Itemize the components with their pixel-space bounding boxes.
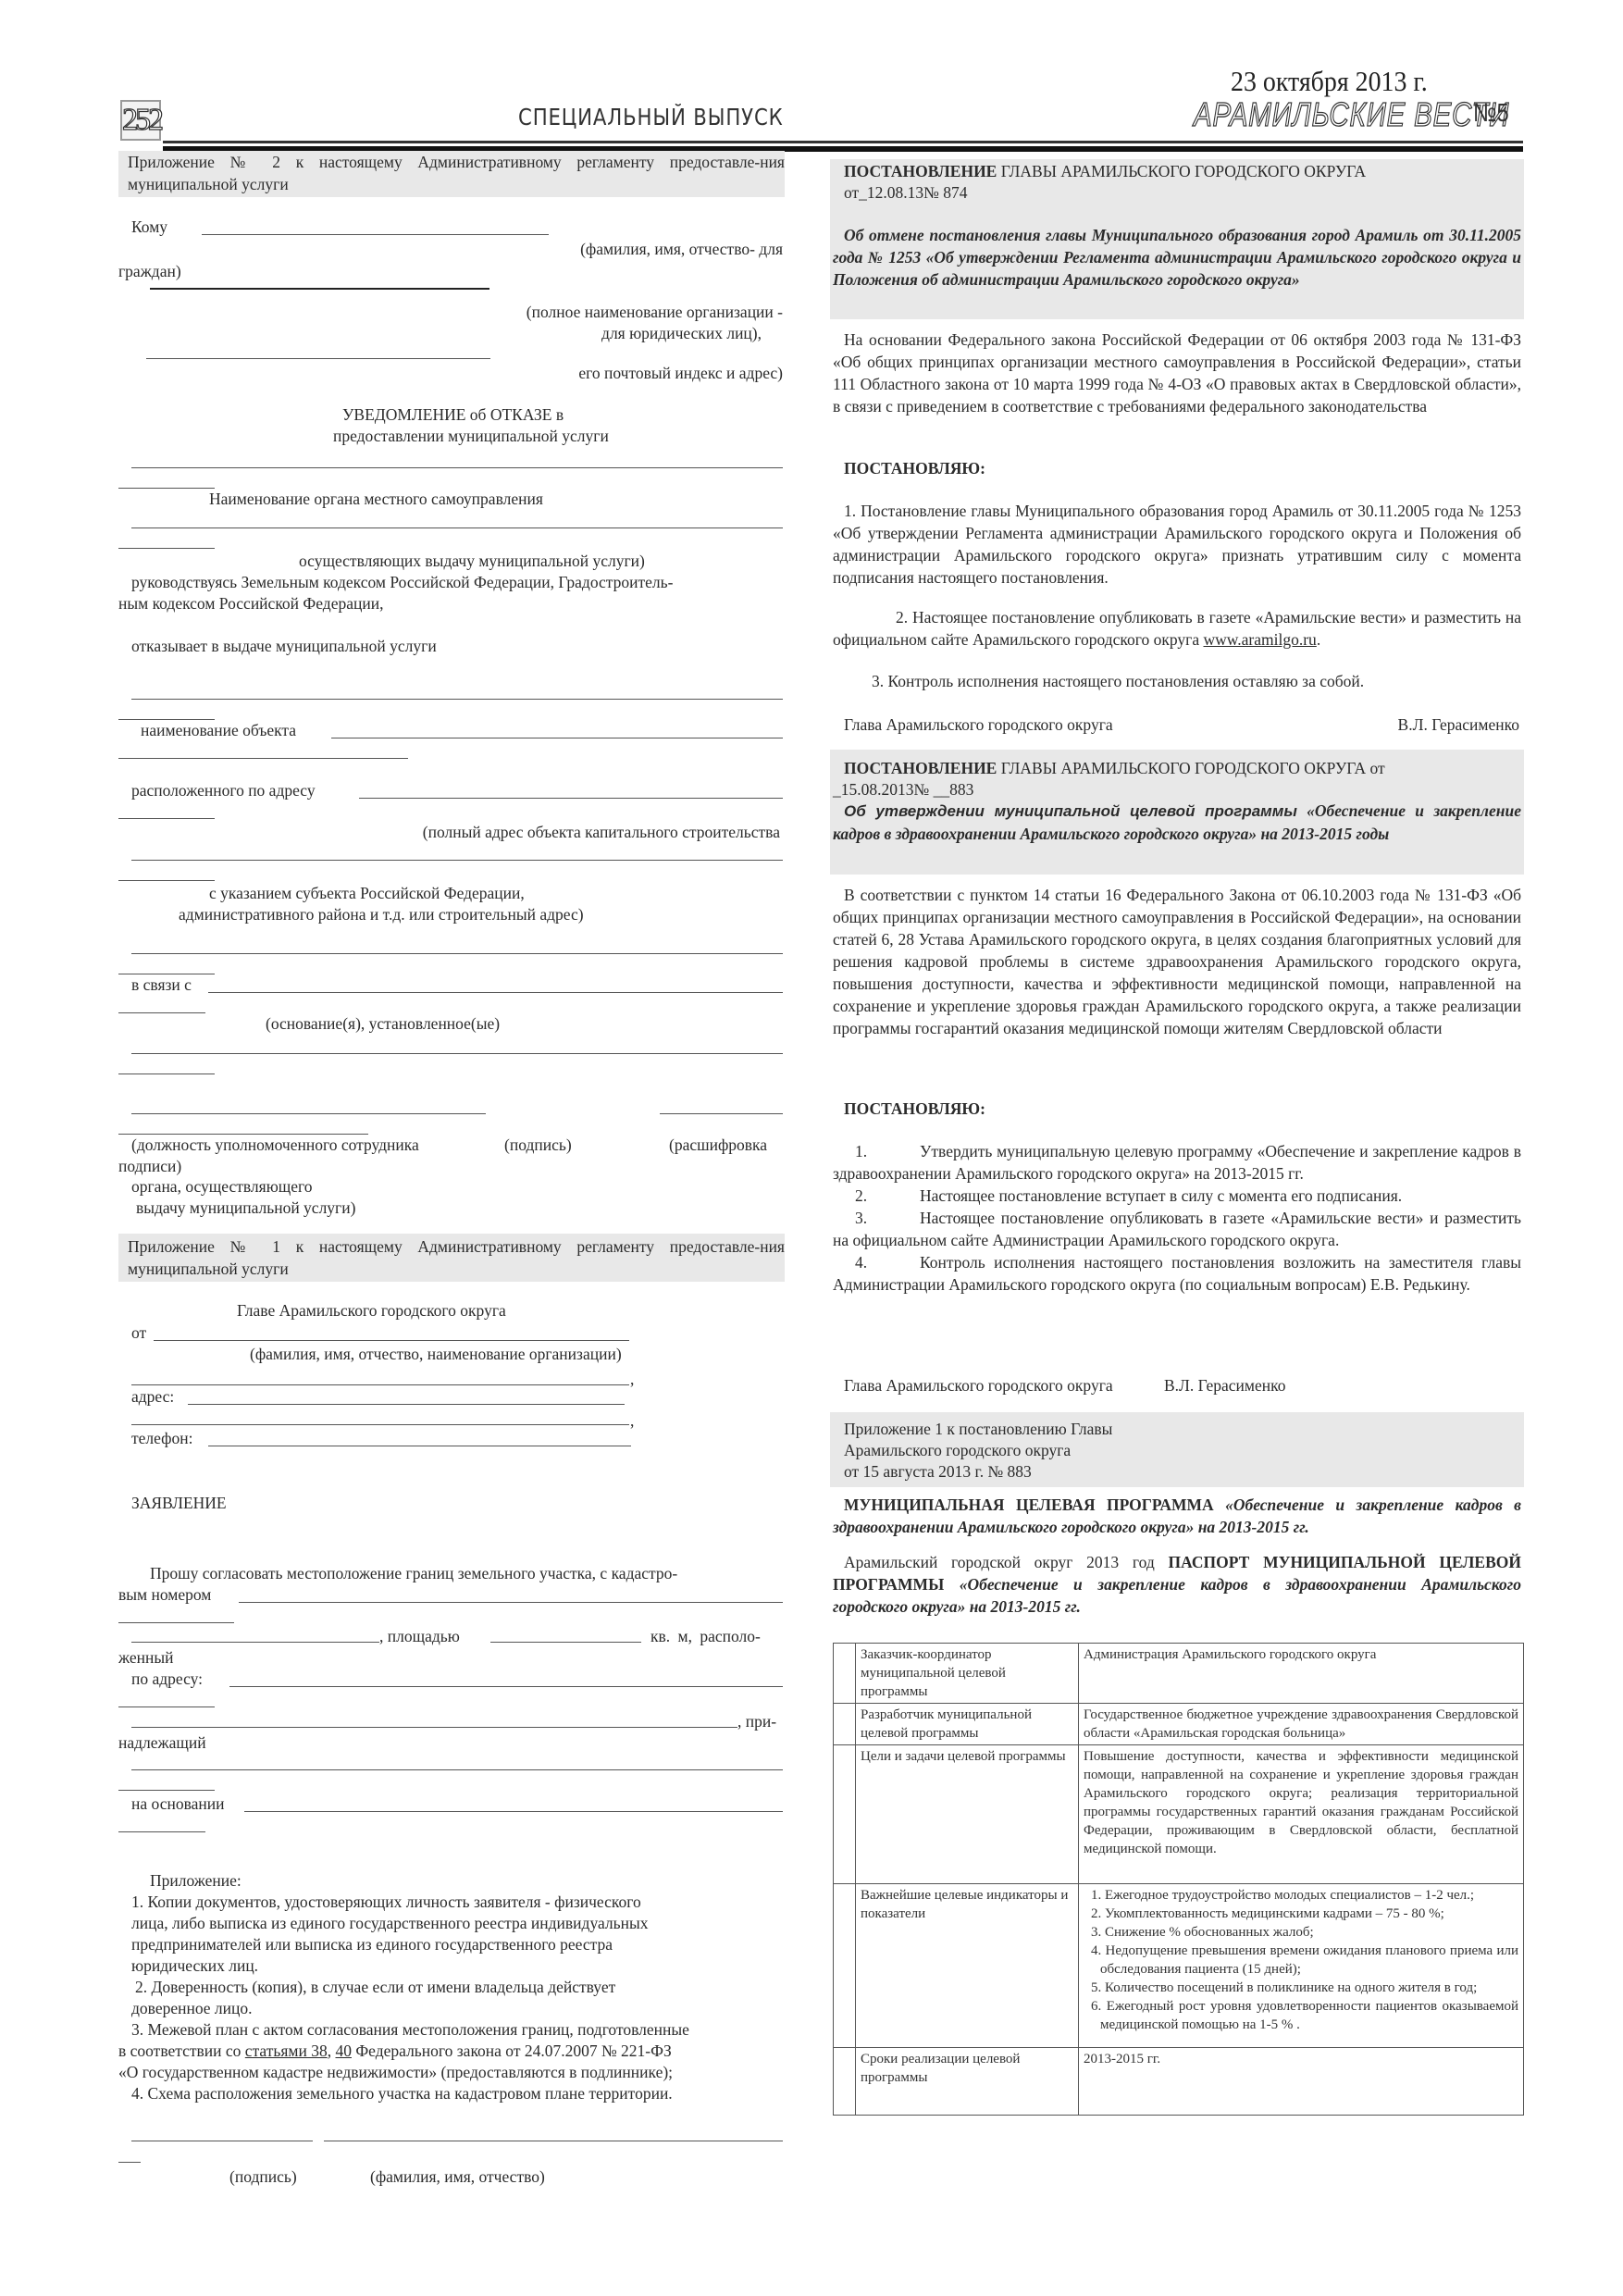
item-text: Настоящее постановление вступает в силу … (920, 1186, 1402, 1205)
table-row: Разработчик муниципальной целевой програ… (834, 1704, 1524, 1745)
appendix-883-line-2: Арамильского городского округа (844, 1439, 1071, 1461)
grounds-field-cont (118, 1074, 215, 1074)
indicator-item: 1. Ежегодное трудоустройство молодых спе… (1084, 1886, 1518, 1905)
newspaper-masthead: АРАМИЛЬСКИЕ ВЕСТИ (1194, 95, 1509, 134)
cadastral-number-field-2[interactable] (131, 1642, 379, 1643)
issue-date: 23 октября 2013 г. (1231, 65, 1428, 98)
row-label: Цели и задачи целевой программы (856, 1745, 1079, 1884)
attachment-2b: доверенное лицо. (131, 1997, 253, 2019)
indicator-item: 5. Количество посещений в поликлинике на… (1084, 1979, 1518, 1997)
decode-field[interactable] (660, 1113, 783, 1114)
address-hint: его почтовый индекс и адрес) (118, 362, 783, 384)
decree-874-title-rest: ГЛАВЫ АРАМИЛЬСКОГО ГОРОДСКОГО ОКРУГА (997, 162, 1366, 180)
extra-field[interactable] (131, 953, 783, 954)
basis-field-cont (118, 1831, 205, 1832)
located-field-cont (118, 818, 215, 819)
komu-field[interactable] (202, 234, 549, 235)
grounds-hint: (основание(я), установленное(ые) (266, 1012, 500, 1035)
row-marker (834, 1884, 856, 2048)
decree-874-title: ПОСТАНОВЛЕНИЕ ГЛАВЫ АРАМИЛЬСКОГО ГОРОДСК… (844, 160, 1366, 182)
page-number: 252 (120, 100, 161, 141)
request-line-2: вым номером (118, 1583, 211, 1606)
row-value: Администрация Арамильского городского ок… (1079, 1644, 1524, 1704)
row-value: Государственное бюджетное учреждение здр… (1079, 1704, 1524, 1745)
passport-title: Арамильский городской округ 2013 год ПАС… (833, 1551, 1521, 1618)
fullname-label: (фамилия, имя, отчество) (370, 2166, 545, 2188)
passport-table: Заказчик-координатор муниципальной целев… (833, 1643, 1524, 2116)
indicator-item: 2. Укомплектованность медицинскими кадра… (1084, 1905, 1518, 1923)
position-field[interactable] (131, 1113, 486, 1114)
decree-874-resolve: ПОСТАНОВЛЯЮ: (844, 457, 985, 479)
row-value: 2013-2015 гг. (1079, 2048, 1524, 2116)
organ-field-cont (118, 488, 215, 489)
notice-title: УВЕДОМЛЕНИЕ об ОТКАЗЕ в (342, 403, 564, 426)
decree-883-item: 3.Настоящее постановление опубликовать в… (833, 1207, 1521, 1251)
decree-883-item: 4.Контроль исполнения настоящего постано… (833, 1251, 1521, 1296)
decree-874-item-2: 2. Настоящее постановление опубликовать … (833, 606, 1521, 651)
area-unit: кв. м, располо- (650, 1625, 761, 1647)
decree-874-subject: Об отмене постановления главы Муниципаль… (833, 224, 1521, 291)
decree-883-sign-title: Глава Арамильского городского округа (844, 1374, 1113, 1396)
area-label: , площадью (379, 1625, 460, 1647)
sig-organ-hint-2: выдачу муниципальной услуги) (136, 1197, 355, 1219)
located-word: женный (118, 1646, 173, 1669)
decree-883-subject-lead: Об утверждении муниципальной целевой про… (844, 802, 1297, 820)
decree-883-sign-name: В.Л. Герасименко (1164, 1374, 1285, 1396)
basis-field[interactable] (244, 1811, 783, 1812)
row-label: Сроки реализации целевой программы (856, 2048, 1079, 2116)
statement-title: ЗАЯВЛЕНИЕ (131, 1492, 227, 1514)
row-label: Разработчик муниципальной целевой програ… (856, 1704, 1079, 1745)
due-to-label: в связи с (131, 974, 192, 996)
passport-intro: Арамильский городской округ 2013 год (844, 1553, 1169, 1571)
item-text: Контроль исполнения настоящего постановл… (833, 1253, 1521, 1294)
signature-field[interactable] (131, 2141, 313, 2141)
appendix1-banner: Приложение № 1 к настоящему Администрати… (118, 1234, 785, 1282)
appendix-883-line-1: Приложение 1 к постановлению Главы (844, 1418, 1112, 1440)
by-address-field[interactable] (229, 1686, 783, 1687)
header-rule (163, 141, 1523, 143)
attachments-title: Приложение: (150, 1869, 242, 1892)
area-field[interactable] (490, 1642, 641, 1643)
indicator-item: 6. Ежегодный рост уровня удовлетвореннос… (1084, 1997, 1518, 2034)
row-marker (834, 1704, 856, 1745)
decree-874-title-bold: ПОСТАНОВЛЕНИЕ (844, 162, 997, 180)
row-label: Важнейшие целевые индикаторы и показател… (856, 1884, 1079, 2048)
organ-field-2[interactable] (131, 527, 783, 528)
subject-hint: с указанием субъекта Российской Федераци… (209, 882, 525, 904)
cadastral-number-field[interactable] (239, 1602, 783, 1603)
due-to-field[interactable] (208, 992, 783, 993)
decree-883-number: _15.08.2013№ __883 (833, 778, 973, 800)
attachment-3b-pre: в соответствии со (118, 2042, 245, 2060)
decree-883-title-bold: ПОСТАНОВЛЕНИЕ (844, 759, 997, 777)
from-hint: (фамилия, имя, отчество, наименование ор… (250, 1343, 622, 1365)
row-value-list: 1. Ежегодное трудоустройство молодых спе… (1079, 1884, 1524, 2048)
fullname-field[interactable] (324, 2141, 783, 2141)
address-input-2[interactable] (131, 1424, 629, 1425)
phone-label: телефон: (131, 1427, 192, 1449)
basis-label: на основании (131, 1793, 224, 1815)
organ-field-2-cont (118, 548, 215, 549)
item-number: 4. (844, 1251, 920, 1273)
guided-line-2: ным кодексом Российской Федерации, (118, 592, 383, 614)
fio-hint-2: граждан) (118, 260, 181, 282)
signature-label: (подпись) (229, 2166, 297, 2188)
decree-874-sign-title: Глава Арамильского городского округа (844, 714, 1113, 736)
attachment-3a: 3. Межевой план с актом согласования мес… (131, 2018, 689, 2041)
full-address-field-cont (118, 880, 215, 881)
attachment-1a: 1. Копии документов, удостоверяющих личн… (131, 1891, 641, 1913)
law-article-38-link[interactable]: статьями 38 (245, 2042, 328, 2060)
refusal-field[interactable] (131, 699, 783, 700)
request-line-1: Прошу согласовать местоположение границ … (150, 1562, 677, 1584)
sig-signature-hint: (подпись) (504, 1134, 572, 1156)
refuses-text: отказывает в выдаче муниципальной услуги (131, 635, 437, 657)
grounds-field[interactable] (131, 1053, 783, 1054)
appendix2-banner: Приложение № 2 к настоящему Администрати… (118, 151, 785, 197)
guided-line-1: руководствуясь Земельным кодексом Россий… (131, 571, 673, 593)
address-field[interactable] (146, 358, 490, 359)
located-field[interactable] (359, 798, 783, 799)
decree-883-title-rest: ГЛАВЫ АРАМИЛЬСКОГО ГОРОДСКОГО ОКРУГА от (997, 759, 1384, 777)
by-address-label: по адресу: (131, 1668, 203, 1690)
aramilgo-website-link[interactable]: www.aramilgo.ru (1204, 630, 1317, 649)
org-hint-2: для юридических лиц), (118, 322, 762, 344)
fio-hint: (фамилия, имя, отчество- для (118, 238, 783, 260)
sig-position-hint: (должность уполномоченного сотрудника (131, 1134, 419, 1156)
row-value: Повышение доступности, качества и эффект… (1079, 1745, 1524, 1884)
indicator-item: 3. Снижение % обоснованных жалоб; (1084, 1923, 1518, 1942)
law-article-40-link[interactable]: 40 (335, 2042, 352, 2060)
attachment-2a: 2. Доверенность (копия), в случае если о… (135, 1976, 615, 1998)
row-label: Заказчик-координатор муниципальной целев… (856, 1644, 1079, 1704)
item-number: 1. (844, 1140, 920, 1162)
table-row: Цели и задачи целевой программы Повышени… (834, 1745, 1524, 1884)
belongs-field[interactable] (131, 1727, 737, 1728)
to-head: Главе Арамильского городского округа (237, 1299, 506, 1322)
from-field[interactable] (154, 1340, 629, 1341)
appendix-883-line-3: от 15 августа 2013 г. № 883 (844, 1460, 1032, 1483)
org-field[interactable] (150, 288, 489, 290)
organ-field[interactable] (131, 467, 783, 468)
fullname-field-cont (118, 2162, 141, 2163)
address-input[interactable] (188, 1404, 625, 1405)
decree-883-items: 1.Утвердить муниципальную целевую програ… (833, 1140, 1521, 1296)
sig-organ-hint: органа, осуществляющего (131, 1175, 313, 1198)
located-label: расположенного по адресу (131, 779, 316, 801)
organ-hint: Наименование органа местного самоуправле… (209, 488, 543, 510)
item-text: Утвердить муниципальную целевую программ… (833, 1142, 1521, 1183)
item-text: Настоящее постановление опубликовать в г… (833, 1209, 1521, 1249)
attachment-4: 4. Схема расположения земельного участка… (131, 2082, 673, 2104)
decree-874-sign-name: В.Л. Герасименко (1190, 714, 1519, 736)
belongs-text-2: надлежащий (118, 1731, 206, 1754)
table-row: Заказчик-координатор муниципальной целев… (834, 1644, 1524, 1704)
decree-874-preamble: На основании Федерального закона Российс… (833, 329, 1521, 417)
indicator-item: 4. Недопущение превышения времени ожидан… (1084, 1942, 1518, 1979)
decree-883-resolve: ПОСТАНОВЛЯЮ: (844, 1098, 985, 1120)
table-row: Важнейшие целевые индикаторы и показател… (834, 1884, 1524, 2048)
attachment-1b: лица, либо выписка из единого государств… (131, 1912, 648, 1934)
program-title: МУНИЦИПАЛЬНАЯ ЦЕЛЕВАЯ ПРОГРАММА «Обеспеч… (833, 1494, 1521, 1538)
decree-883-preamble: В соответствии с пунктом 14 статьи 16 Фе… (833, 884, 1521, 1039)
decree-883-item: 2.Настоящее постановление вступает в сил… (833, 1185, 1521, 1207)
phone-input[interactable] (208, 1446, 631, 1446)
row-marker (834, 2048, 856, 2116)
owner-field-cont (118, 1790, 215, 1791)
decree-874-number: от_12.08.13№ 874 (844, 181, 968, 204)
belongs-text: , при- (737, 1710, 776, 1732)
object-field[interactable] (331, 738, 783, 738)
subject-hint-2: административного района и т.д. или стро… (179, 903, 584, 925)
object-label: наименование объекта (141, 719, 296, 741)
from-label: от (131, 1322, 146, 1344)
sig-decode-hint-2: подписи) (118, 1155, 181, 1177)
notice-subtitle: предоставлении муниципальной услуги (333, 425, 609, 447)
item-number: 3. (844, 1207, 920, 1229)
cadastral-number-cont (118, 1622, 234, 1623)
program-title-bold: МУНИЦИПАЛЬНАЯ ЦЕЛЕВАЯ ПРОГРАММА (844, 1496, 1214, 1514)
by-address-cont (118, 1706, 215, 1707)
org-hint: (полное наименование организации - (118, 301, 783, 323)
attachment-3b: в соответствии со статьями 38, 40 Федера… (118, 2040, 672, 2062)
due-to-field-cont (118, 1012, 205, 1013)
attachment-3b-post: Федерального закона от 24.07.2007 № 221-… (352, 2042, 672, 2060)
komu-label: Кому (131, 216, 167, 238)
issuer-hint: осуществляющих выдачу муниципальной услу… (299, 550, 645, 572)
sig-decode-hint: (расшифровка (669, 1134, 767, 1156)
attachment-1d: юридических лиц. (131, 1955, 258, 1977)
decree-883-title: ПОСТАНОВЛЕНИЕ ГЛАВЫ АРАМИЛЬСКОГО ГОРОДСК… (844, 757, 1385, 779)
row-marker (834, 1745, 856, 1884)
row-marker (834, 1644, 856, 1704)
issue-number: №5 (1473, 98, 1509, 128)
attachment-1c: предпринимателей или выписка из единого … (131, 1933, 613, 1955)
object-field-cont (118, 758, 408, 759)
table-row: Сроки реализации целевой программы 2013-… (834, 2048, 1524, 2116)
decree-874-item-2-end: . (1317, 630, 1320, 649)
decree-874-item-3: 3. Контроль исполнения настоящего постан… (872, 670, 1364, 692)
decree-874-item-2-text: 2. Настоящее постановление опубликовать … (833, 608, 1521, 649)
full-address-hint: (полный адрес объекта капитального строи… (118, 821, 780, 843)
decree-883-subject: Об утверждении муниципальной целевой про… (833, 800, 1521, 845)
owner-field[interactable] (131, 1769, 783, 1770)
decree-883-item: 1.Утвердить муниципальную целевую програ… (833, 1140, 1521, 1185)
attachment-3c: «О государственном кадастре недвижимости… (118, 2061, 673, 2083)
from-field-2[interactable] (131, 1384, 629, 1385)
section-title: СПЕЦИАЛЬНЫЙ ВЫПУСК (518, 104, 784, 130)
item-number: 2. (844, 1185, 920, 1207)
full-address-field[interactable] (131, 860, 783, 861)
address-label: адрес: (131, 1385, 174, 1408)
decree-874-item-1: 1. Постановление главы Муниципального об… (833, 500, 1521, 589)
